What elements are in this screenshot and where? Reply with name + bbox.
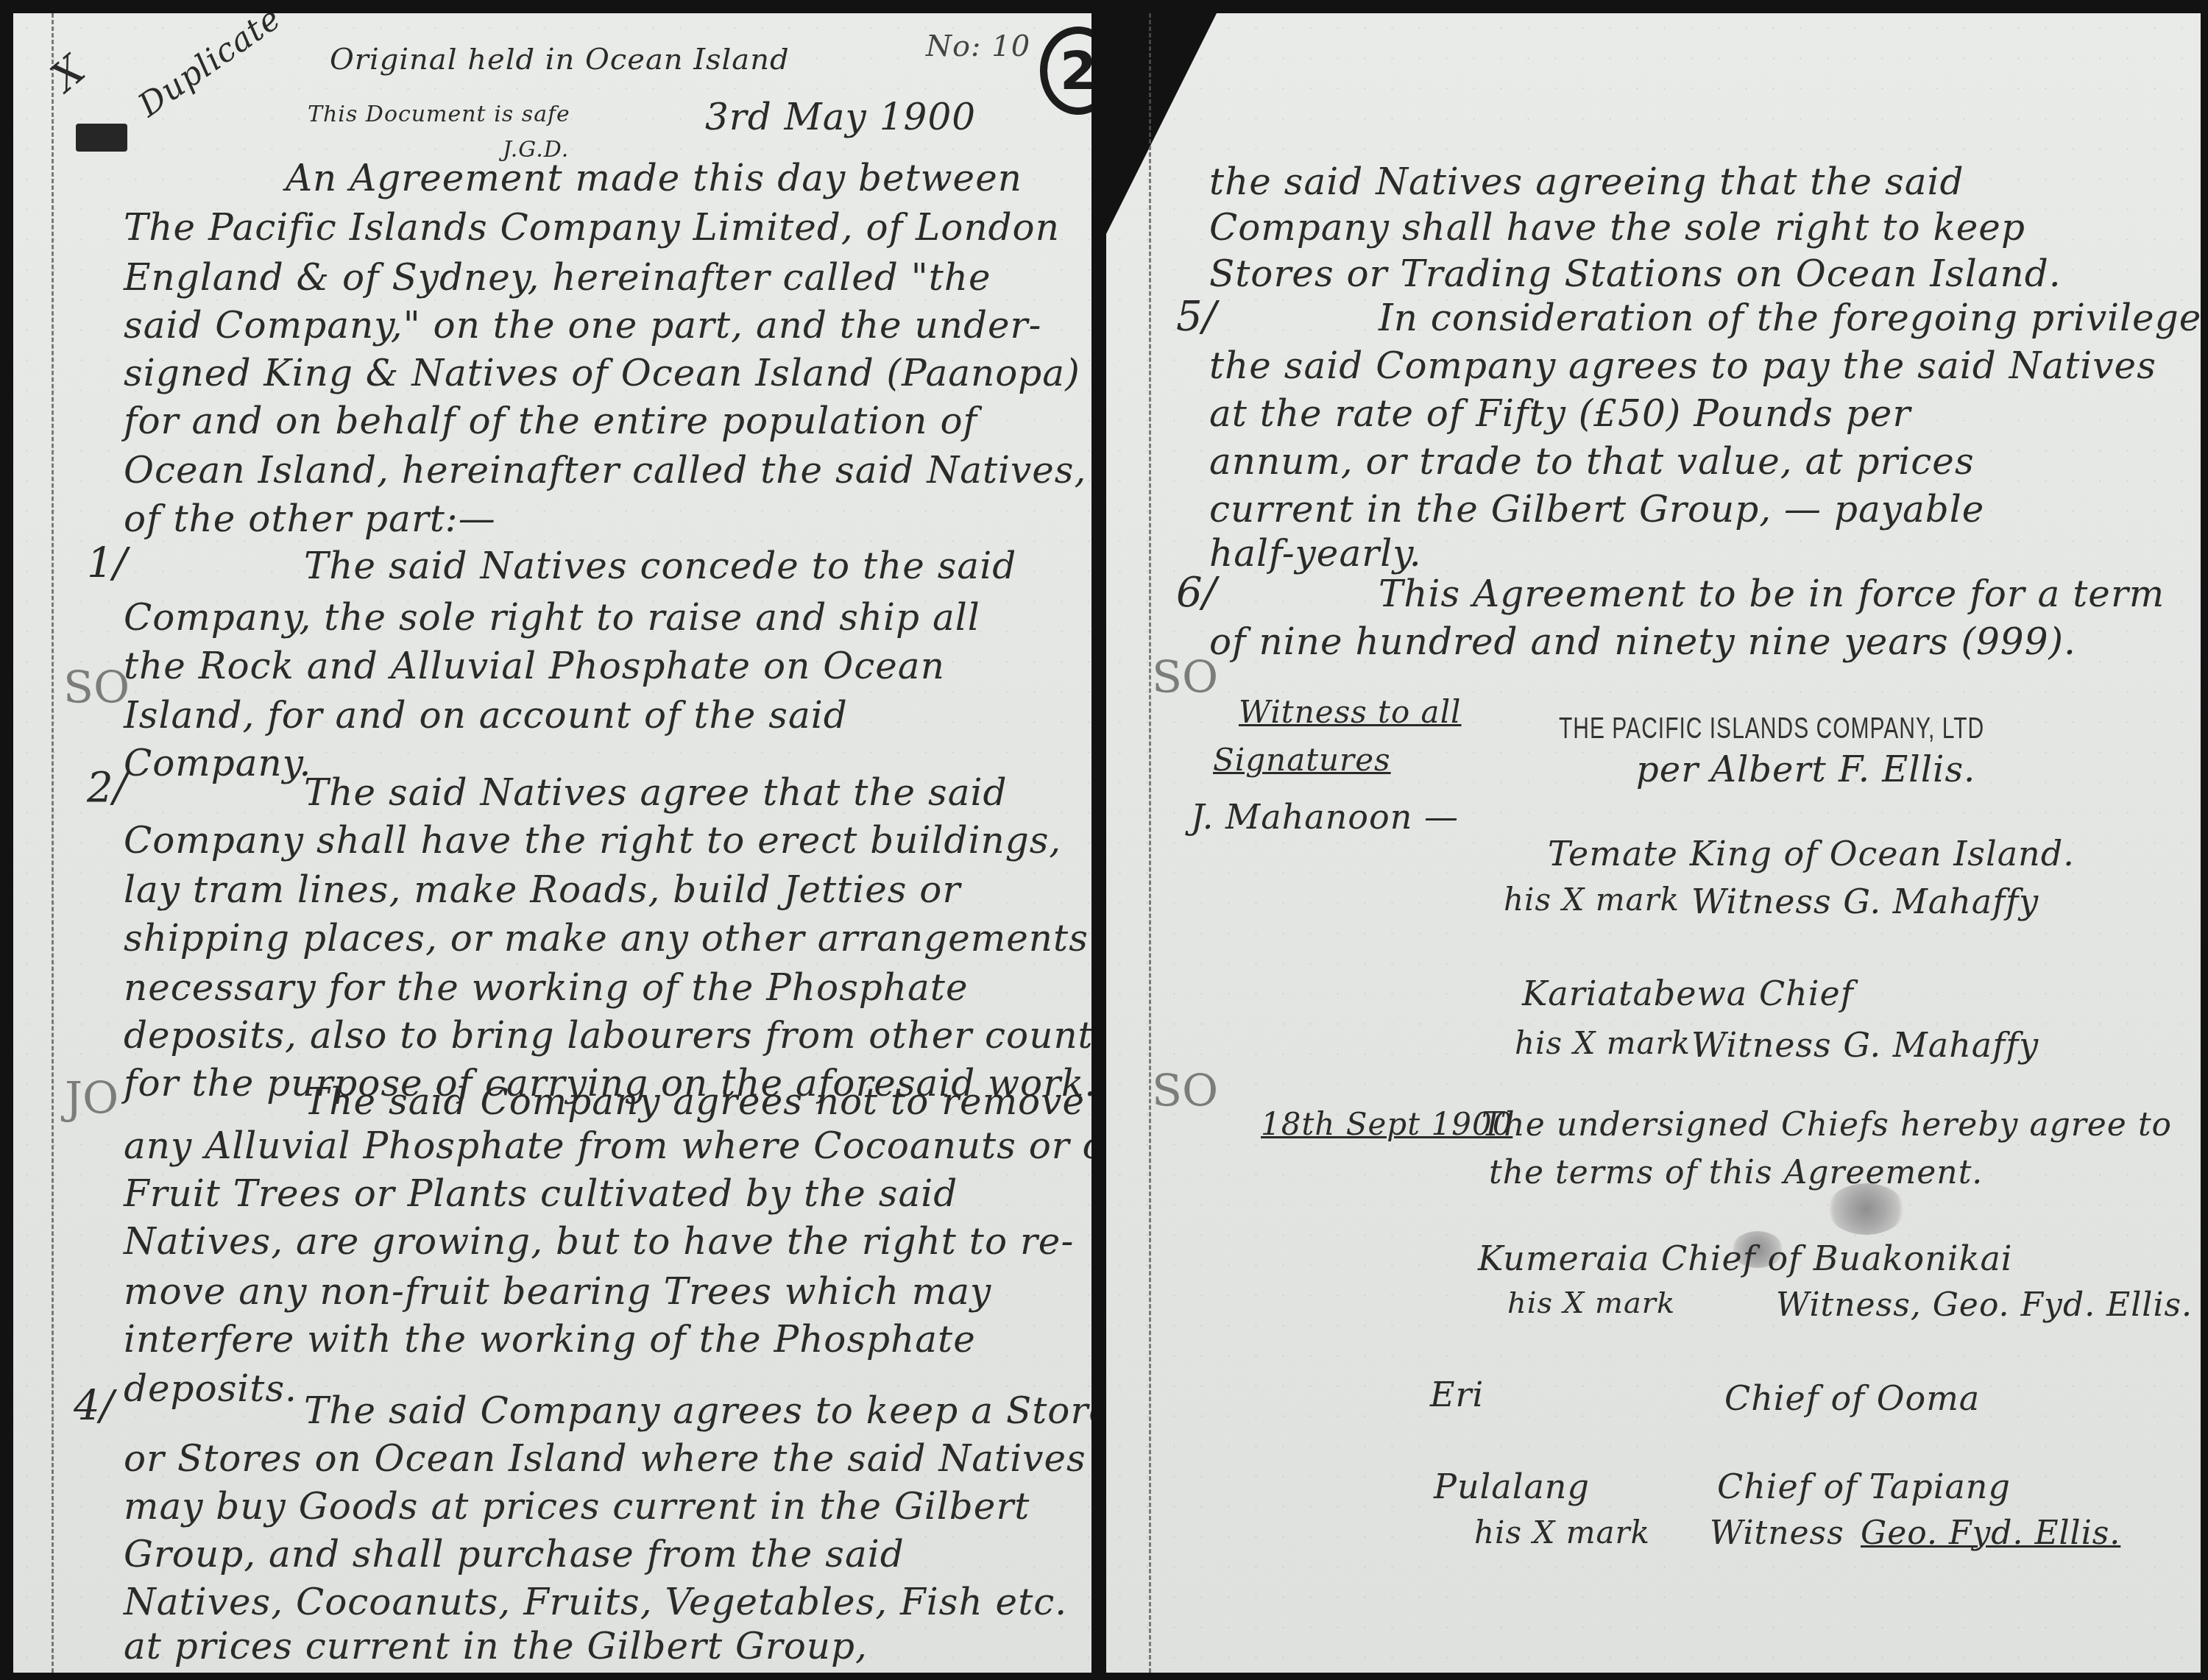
preamble-line: signed King & Natives of Ocean Island (P… — [124, 352, 1080, 394]
clause-line: Natives, Cocoanuts, Fruits, Vegetables, … — [124, 1581, 1067, 1623]
clause-line: Company shall have the right to erect bu… — [124, 819, 1061, 862]
chief-kumeraia-mark: his X mark — [1507, 1286, 1675, 1320]
margin-mark: SO — [1152, 1066, 1218, 1117]
clause-line: The said Company agrees to keep a Store — [304, 1389, 1091, 1432]
left-page: X Duplicate Original held in Ocean Islan… — [13, 13, 1091, 1673]
clause-line: annum, or trade to that value, at prices — [1209, 440, 1975, 483]
clause-line: The said Natives concede to the said — [304, 545, 1016, 587]
continuation-line: Stores or Trading Stations on Ocean Isla… — [1209, 252, 2062, 295]
king-signature-line: Temate King of Ocean Island. — [1548, 834, 2075, 873]
witness-heading: Witness to all — [1239, 694, 1462, 730]
preamble-line: said Company," on the one part, and the … — [124, 304, 1041, 347]
duplicate-note: Duplicate — [132, 13, 288, 124]
preamble-line: England & of Sydney, hereinafter called … — [124, 256, 991, 299]
margin-mark: SO — [1152, 652, 1218, 703]
clause-line: lay tram lines, make Roads, build Jettie… — [124, 868, 960, 911]
continuation-line: the said Natives agreeing that the said — [1209, 160, 1964, 203]
preamble-line: Ocean Island, hereinafter called the sai… — [124, 449, 1086, 492]
chief-eri: Eri — [1430, 1375, 1484, 1414]
clause-line: current in the Gilbert Group, — payable — [1209, 488, 1984, 531]
addendum-date: 18th Sept 1900 — [1261, 1106, 1512, 1142]
continuation-line: Company shall have the sole right to kee… — [1209, 206, 2025, 249]
chief-kariatabewa: Kariatabewa Chief — [1522, 974, 1854, 1013]
clause-line: any Alluvial Phosphate from where Cocoan… — [124, 1124, 1091, 1167]
company-stamp: THE PACIFIC ISLANDS COMPANY, LTD — [1559, 712, 1984, 746]
chief-pulalang-witness-name: Geo. Fyd. Ellis. — [1861, 1514, 2120, 1552]
chief-pulalang-title: Chief of Tapiang — [1717, 1467, 2011, 1506]
addendum-line: The undersigned Chiefs hereby agree to — [1482, 1106, 2172, 1144]
right-margin-rule — [1149, 13, 1151, 1673]
redaction-mark — [76, 124, 127, 152]
preamble-line: of the other part:— — [124, 497, 496, 540]
clause-line: may buy Goods at prices current in the G… — [124, 1485, 1030, 1528]
preamble-line: An Agreement made this day between — [286, 157, 1022, 199]
witness-heading: Signatures — [1213, 742, 1391, 778]
clause-number: 4/ — [74, 1382, 114, 1430]
clause-line: Company, the sole right to raise and shi… — [124, 596, 980, 639]
clause-number: 2/ — [87, 764, 127, 812]
witness-signature: J. Mahanoon — — [1191, 797, 1459, 837]
clause-line: shipping places, or make any other arran… — [124, 917, 1089, 960]
preamble-line: The Pacific Islands Company Limited, of … — [124, 206, 1060, 249]
clause-line: Company. — [124, 742, 311, 784]
clause-line: Island, for and on account of the said — [124, 694, 848, 737]
chief-pulalang-witness-label: Witness — [1710, 1514, 1844, 1552]
chief-kumeraia: Kumeraia Chief of Buakonikai — [1478, 1238, 2013, 1278]
clause-line: at the rate of Fifty (£50) Pounds per — [1209, 392, 1911, 435]
folded-corner — [1106, 13, 1217, 234]
chief-kumeraia-witness: Witness, Geo. Fyd. Ellis. — [1776, 1286, 2193, 1324]
clause-line: of nine hundred and ninety nine years (9… — [1209, 620, 2076, 663]
preamble-line: for and on behalf of the entire populati… — [124, 400, 977, 442]
chief-eri-title: Chief of Ooma — [1724, 1378, 1980, 1418]
original-held-note: Original held in Ocean Island — [330, 43, 790, 77]
clause-line: move any non-fruit bearing Trees which m… — [124, 1270, 991, 1313]
king-mark: his X mark — [1504, 882, 1680, 918]
clause-line: interfere with the working of the Phosph… — [124, 1318, 976, 1361]
clause-line: This Agreement to be in force for a term — [1379, 573, 2165, 615]
circled-page-number: 2 — [1040, 26, 1091, 115]
clause-line: the said Company agrees to pay the said … — [1209, 344, 2156, 387]
clause-line: Group, and shall purchase from the said — [124, 1533, 905, 1576]
chief-pulalang-mark: his X mark — [1474, 1514, 1650, 1550]
clause-line: In consideration of the foregoing privil… — [1379, 297, 2201, 339]
clause-line: or Stores on Ocean Island where the said… — [124, 1437, 1086, 1480]
clause-number: 1/ — [87, 539, 127, 587]
margin-mark: SO — [63, 662, 130, 714]
addendum-line: the terms of this Agreement. — [1489, 1154, 1983, 1191]
clause-line: deposits. — [124, 1367, 297, 1410]
left-margin-rule — [52, 13, 54, 1673]
chief-kariatabewa-mark: his X mark — [1515, 1025, 1691, 1061]
king-witness: Witness G. Mahaffy — [1691, 882, 2039, 921]
clause-line: deposits, also to bring labourers from o… — [124, 1014, 1091, 1057]
clause-number: 5/ — [1176, 293, 1217, 341]
safe-note: This Document is safe — [308, 102, 570, 127]
reference-number: No: 10 — [926, 29, 1030, 63]
clause-line: Fruit Trees or Plants cultivated by the … — [124, 1172, 958, 1215]
clause-line: The said Company agrees not to remove — [304, 1080, 1085, 1123]
margin-mark: JO — [65, 1073, 118, 1124]
right-page: the said Natives agreeing that the said … — [1106, 13, 2201, 1673]
corner-mark: X — [42, 46, 94, 101]
clause-line: Natives, are growing, but to have the ri… — [124, 1220, 1074, 1263]
clause-line: necessary for the working of the Phospha… — [124, 966, 969, 1009]
clause-line: the Rock and Alluvial Phosphate on Ocean — [124, 645, 945, 687]
chief-pulalang: Pulalang — [1434, 1467, 1590, 1506]
wax-seal-mark — [1827, 1183, 1905, 1235]
clause-line: half-yearly. — [1209, 532, 1422, 575]
clause-number: 6/ — [1176, 569, 1217, 617]
document-date: 3rd May 1900 — [705, 96, 976, 138]
clause-line: at prices current in the Gilbert Group, — [124, 1625, 868, 1667]
chief-kariatabewa-witness: Witness G. Mahaffy — [1691, 1025, 2039, 1065]
company-signature: per Albert F. Ellis. — [1636, 749, 1975, 790]
clause-line: The said Natives agree that the said — [304, 771, 1008, 814]
